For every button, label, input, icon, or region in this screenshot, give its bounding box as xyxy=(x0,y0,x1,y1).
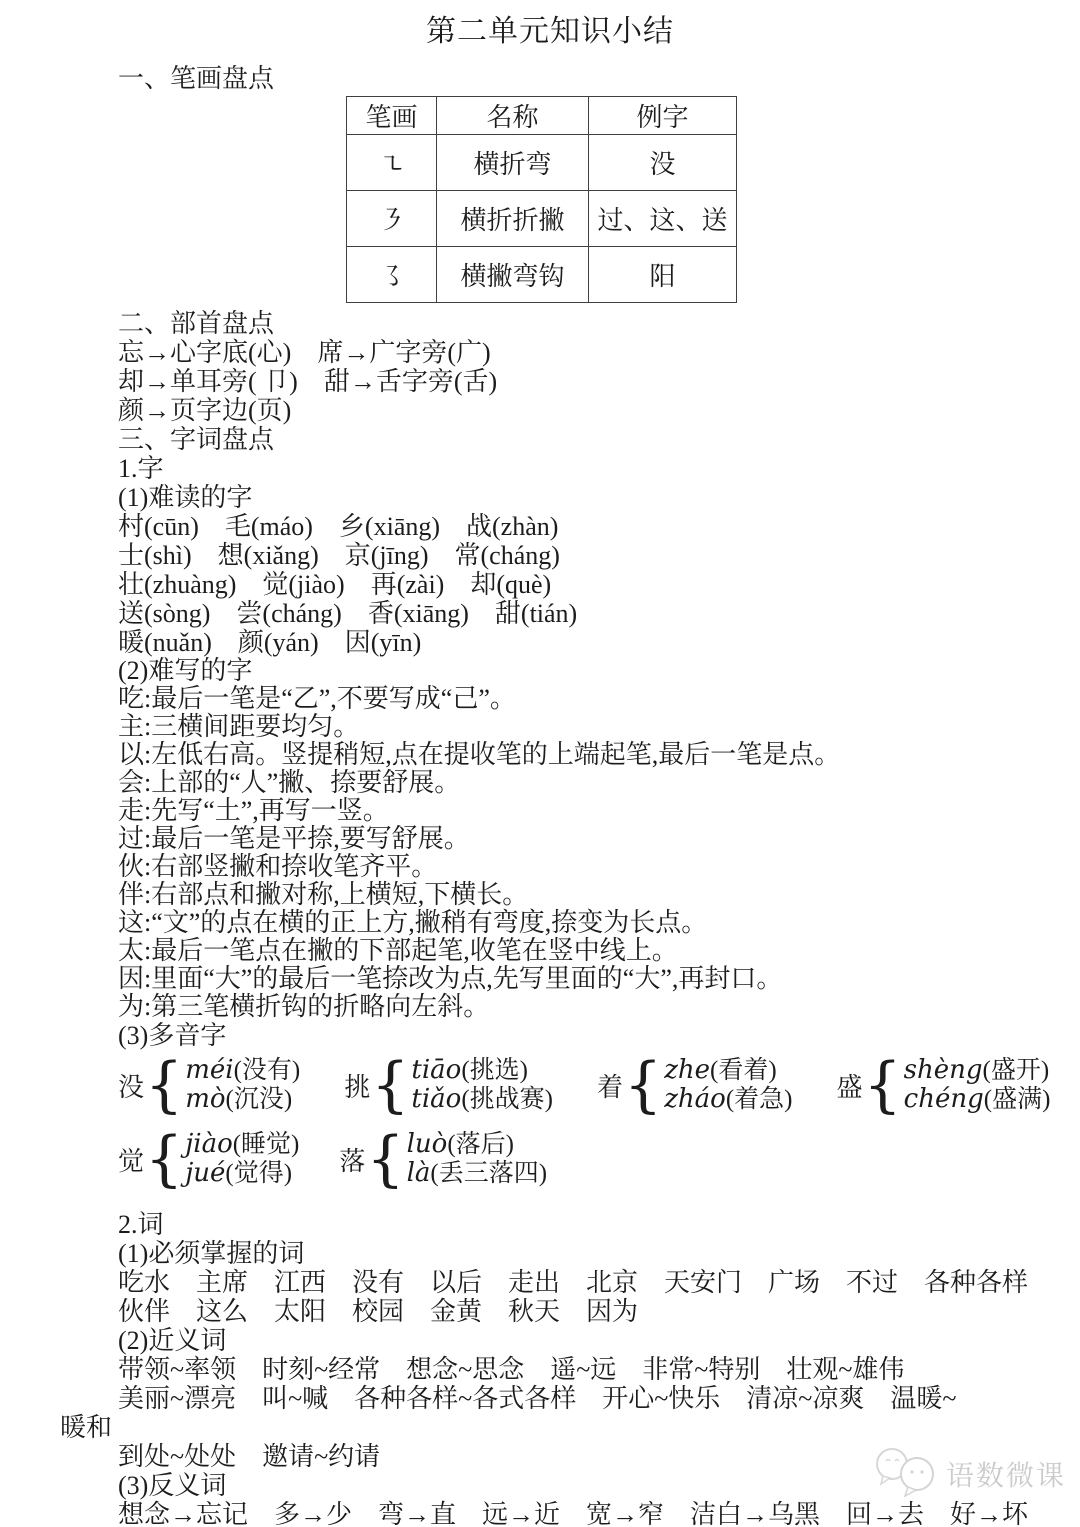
polyphones-row: 觉 { jiào(睡觉) jué(觉得) 落 { luò(落后) là(丢三落四… xyxy=(118,1128,1040,1190)
document-page: 语数微课 第二单元知识小结 一、笔画盘点 笔画 名称 例字 ㇍ 横折弯 没 xyxy=(0,0,1080,1527)
stroke-examples: 没 xyxy=(589,135,737,191)
reading-word: (着急) xyxy=(726,1086,793,1113)
column-header-stroke: 笔画 xyxy=(347,97,437,135)
pinyin-text: jiào xyxy=(185,1129,233,1159)
radical-line: 颜→页字边(页) xyxy=(118,396,1040,425)
polyphones-row: 没 { méi(没有) mò(沉没) 挑 { tiāo(挑选) tiǎo(挑战赛… xyxy=(118,1054,1040,1116)
column-header-name: 名称 xyxy=(437,97,589,135)
zi-heading: 1.字 xyxy=(118,454,1040,483)
reading-word: (盛满) xyxy=(984,1086,1051,1113)
polyphone-group: 没 { méi(没有) mò(沉没) xyxy=(118,1054,300,1116)
must-master-heading: (1)必须掌握的词 xyxy=(118,1239,1040,1268)
hard-write-heading: (2)难写的字 xyxy=(118,657,1040,685)
hard-read-heading: (1)难读的字 xyxy=(118,483,1040,512)
pinyin-text: shèng xyxy=(904,1055,983,1085)
polyphone-char: 盛 xyxy=(836,1067,862,1104)
polyphone-reading: zhe(看着) xyxy=(664,1056,792,1085)
radicals-heading: 二、部首盘点 xyxy=(118,309,1040,338)
column-header-example: 例字 xyxy=(589,97,737,135)
reading-word: (盛开) xyxy=(983,1057,1050,1084)
antonyms-heading: (3)反义词 xyxy=(118,1471,1040,1500)
polyphone-group: 盛 { shèng(盛开) chéng(盛满) xyxy=(836,1054,1050,1116)
hard-read-line: 暖(nuǎn) 颜(yán) 因(yīn) xyxy=(118,628,1040,657)
hard-read-line: 壮(zhuàng) 觉(jiào) 再(zài) 却(què) xyxy=(118,570,1040,599)
stroke-name: 横折折撇 xyxy=(437,191,589,247)
must-master-line: 伙伴 这么 太阳 校园 金黄 秋天 因为 xyxy=(118,1297,1040,1326)
polyphone-reading: tiǎo(挑战赛) xyxy=(411,1085,553,1114)
pinyin-text: chéng xyxy=(904,1084,984,1114)
synonyms-wrap-line: 暖和 xyxy=(60,1413,1040,1442)
table-row: ㇍ 横折弯 没 xyxy=(347,135,737,191)
polyphone-reading: shèng(盛开) xyxy=(904,1056,1051,1085)
polyphone-char: 挑 xyxy=(344,1067,370,1104)
hard-write-line: 吃:最后一笔是“乙”,不要写成“己”。 xyxy=(118,685,1040,713)
polyphone-char: 着 xyxy=(597,1067,623,1104)
hard-read-line: 村(cūn) 毛(máo) 乡(xiāng) 战(zhàn) xyxy=(118,512,1040,541)
polyphones-heading: (3)多音字 xyxy=(118,1021,1040,1050)
polyphone-reading: jué(觉得) xyxy=(185,1159,299,1188)
antonyms-line: 想念→忘记 多→少 弯→直 远→近 宽→窄 洁白→乌黑 回→去 好→坏 xyxy=(118,1500,1040,1527)
hard-write-line: 为:第三笔横折钩的折略向左斜。 xyxy=(118,993,1040,1021)
table-row: ㇌ 横撇弯钩 阳 xyxy=(347,247,737,303)
polyphone-reading: luò(落后) xyxy=(407,1130,547,1159)
polyphone-group: 挑 { tiāo(挑选) tiǎo(挑战赛) xyxy=(344,1054,553,1116)
pinyin-text: zháo xyxy=(664,1084,726,1114)
polyphone-char: 没 xyxy=(118,1067,144,1104)
pinyin-text: méi xyxy=(185,1055,233,1085)
stroke-name: 横折弯 xyxy=(437,135,589,191)
hard-write-line: 会:上部的“人”撇、捺要舒展。 xyxy=(118,769,1040,797)
hard-write-line: 太:最后一笔点在撇的下部起笔,收笔在竖中线上。 xyxy=(118,937,1040,965)
brace-glyph: { xyxy=(624,1054,662,1116)
polyphone-char: 落 xyxy=(339,1141,365,1178)
ci-heading: 2.词 xyxy=(118,1210,1040,1239)
reading-word: (没有) xyxy=(234,1057,301,1084)
page-title: 第二单元知识小结 xyxy=(60,6,1040,50)
radical-line: 却→单耳旁( 卩) 甜→舌字旁(舌) xyxy=(118,367,1040,396)
hard-read-line: 送(sòng) 尝(cháng) 香(xiāng) 甜(tián) xyxy=(118,599,1040,628)
stroke-examples: 过、这、送 xyxy=(589,191,737,247)
brace-glyph: { xyxy=(371,1054,409,1116)
synonyms-line: 带领~率领 时刻~经常 想念~思念 遥~远 非常~特别 壮观~雄伟 xyxy=(118,1355,1040,1384)
polyphone-reading: mò(沉没) xyxy=(185,1085,300,1114)
pinyin-text: mò xyxy=(185,1084,225,1114)
reading-word: (睡觉) xyxy=(233,1131,300,1158)
reading-word: (丢三落四) xyxy=(430,1160,547,1187)
hard-write-line: 这:“文”的点在横的正上方,撇稍有弯度,捺变为长点。 xyxy=(118,909,1040,937)
reading-word: (落后) xyxy=(447,1131,514,1158)
polyphone-reading: chéng(盛满) xyxy=(904,1085,1051,1114)
reading-word: (挑战赛) xyxy=(461,1086,553,1113)
polyphone-reading: jiào(睡觉) xyxy=(185,1130,299,1159)
stroke-glyph: ㇋ xyxy=(347,191,437,247)
stroke-examples: 阳 xyxy=(589,247,737,303)
strokes-table: 笔画 名称 例字 ㇍ 横折弯 没 ㇋ 横折折撇 过、这、送 ㇌ xyxy=(346,96,737,303)
pinyin-text: luò xyxy=(407,1129,448,1159)
synonyms-line: 到处~处处 邀请~约请 xyxy=(118,1442,1040,1471)
table-row: ㇋ 横折折撇 过、这、送 xyxy=(347,191,737,247)
polyphone-group: 觉 { jiào(睡觉) jué(觉得) xyxy=(118,1128,299,1190)
polyphone-reading: là(丢三落四) xyxy=(407,1159,547,1188)
polyphone-char: 觉 xyxy=(118,1141,144,1178)
radical-line: 忘→心字底(心) 席→广字旁(广) xyxy=(118,338,1040,367)
polyphone-reading: tiāo(挑选) xyxy=(411,1056,553,1085)
reading-word: (看着) xyxy=(710,1057,777,1084)
pinyin-text: jué xyxy=(185,1158,225,1188)
hard-write-line: 以:左低右高。竖提稍短,点在提收笔的上端起笔,最后一笔是点。 xyxy=(118,741,1040,769)
hard-read-line: 士(shì) 想(xiǎng) 京(jīng) 常(cháng) xyxy=(118,541,1040,570)
hard-write-line: 因:里面“大”的最后一笔捺改为点,先写里面的“大”,再封口。 xyxy=(118,965,1040,993)
reading-word: (觉得) xyxy=(225,1160,292,1187)
brace-glyph: { xyxy=(366,1128,404,1190)
strokes-heading: 一、笔画盘点 xyxy=(118,64,1040,93)
polyphone-reading: méi(没有) xyxy=(185,1056,300,1085)
polyphone-group: 落 { luò(落后) là(丢三落四) xyxy=(339,1128,547,1190)
hard-write-line: 走:先写“土”,再写一竖。 xyxy=(118,797,1040,825)
pinyin-text: tiāo xyxy=(411,1055,461,1085)
strokes-table-header-row: 笔画 名称 例字 xyxy=(347,97,737,135)
stroke-glyph: ㇍ xyxy=(347,135,437,191)
stroke-glyph: ㇌ xyxy=(347,247,437,303)
brace-glyph: { xyxy=(863,1054,901,1116)
synonyms-heading: (2)近义词 xyxy=(118,1326,1040,1355)
must-master-line: 吃水 主席 江西 没有 以后 走出 北京 天安门 广场 不过 各种各样 xyxy=(118,1268,1040,1297)
polyphone-reading: zháo(着急) xyxy=(664,1085,792,1114)
stroke-name: 横撇弯钩 xyxy=(437,247,589,303)
synonyms-line: 美丽~漂亮 叫~喊 各种各样~各式各样 开心~快乐 清凉~凉爽 温暖~ xyxy=(118,1384,1040,1413)
pinyin-text: zhe xyxy=(664,1055,710,1085)
hard-write-line: 过:最后一笔是平捺,要写舒展。 xyxy=(118,825,1040,853)
zici-heading: 三、字词盘点 xyxy=(118,425,1040,454)
reading-word: (挑选) xyxy=(461,1057,528,1084)
brace-glyph: { xyxy=(145,1128,183,1190)
pinyin-text: tiǎo xyxy=(411,1084,461,1114)
hard-write-line: 伙:右部竖撇和捺收笔齐平。 xyxy=(118,853,1040,881)
brace-glyph: { xyxy=(145,1054,183,1116)
polyphone-group: 着 { zhe(看着) zháo(着急) xyxy=(597,1054,792,1116)
hard-write-line: 主:三横间距要均匀。 xyxy=(118,713,1040,741)
pinyin-text: là xyxy=(407,1158,431,1188)
reading-word: (沉没) xyxy=(226,1086,293,1113)
hard-write-line: 伴:右部点和撇对称,上横短,下横长。 xyxy=(118,881,1040,909)
